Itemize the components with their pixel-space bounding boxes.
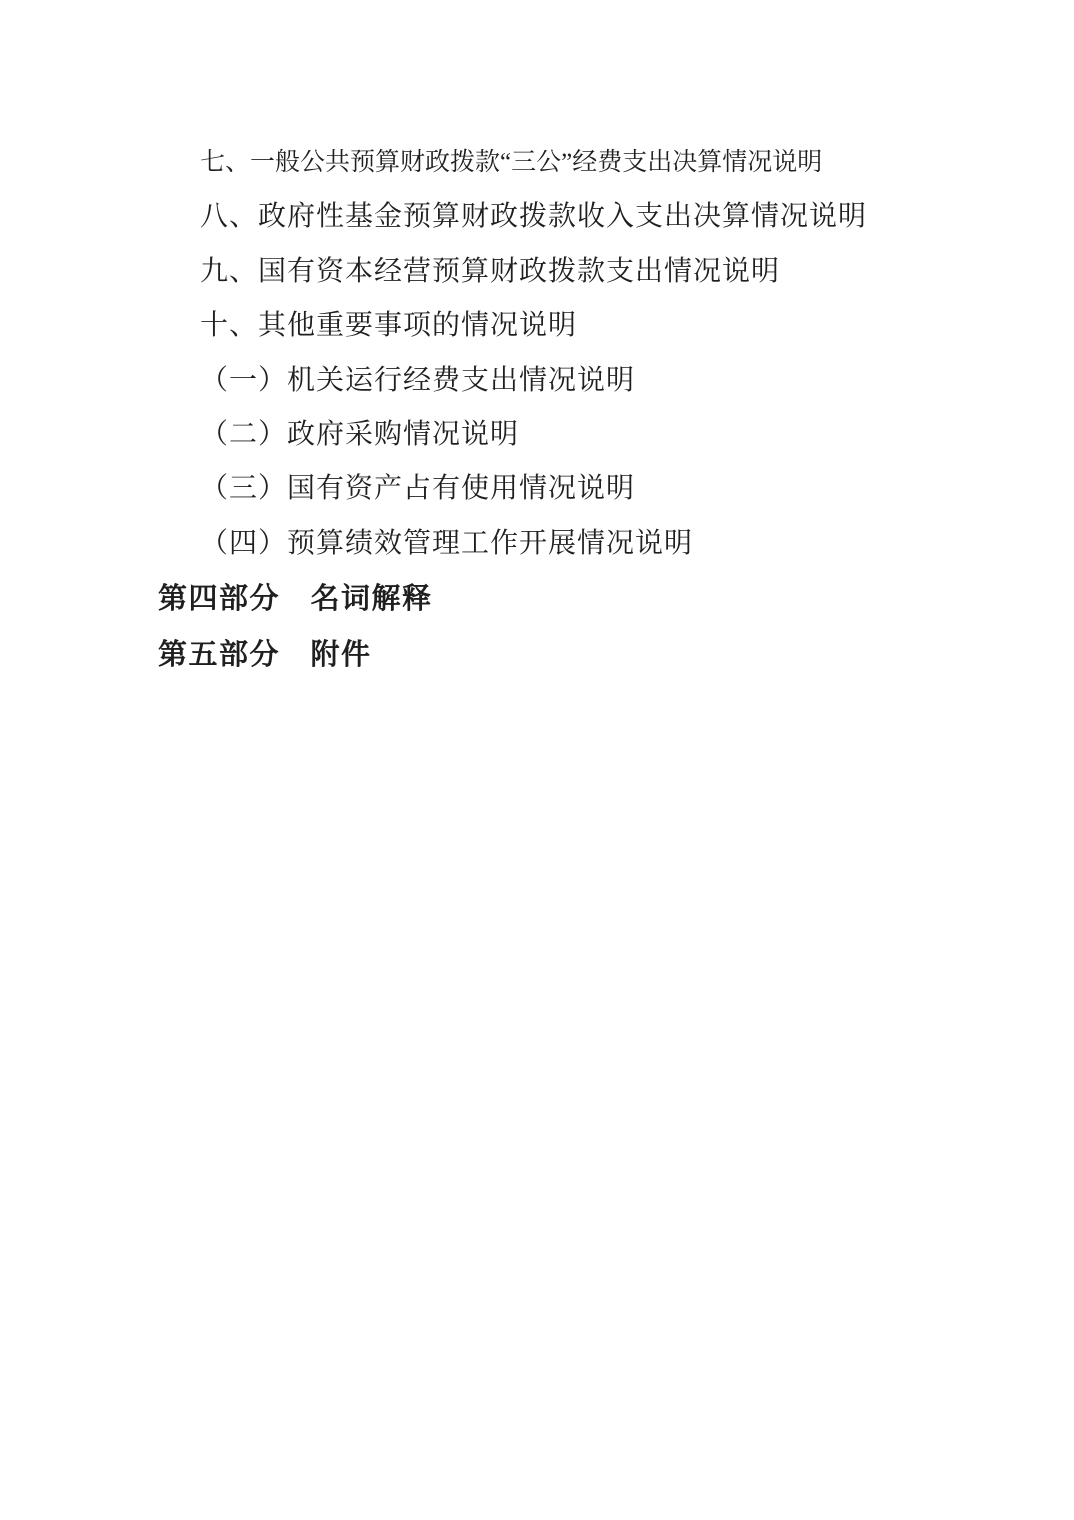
toc-subitem-3: （三）国有资产占有使用情况说明	[158, 462, 1014, 516]
toc-subitem-2: （二）政府采购情况说明	[158, 408, 1014, 462]
section-heading-part5: 第五部分 附件	[158, 627, 1014, 683]
toc-subitem-1: （一）机关运行经费支出情况说明	[158, 354, 1014, 408]
toc-item-7: 七、一般公共预算财政拨款“三公”经费支出决算情况说明	[158, 136, 1014, 190]
section-heading-part4: 第四部分 名词解释	[158, 571, 1014, 627]
toc-item-8: 八、政府性基金预算财政拨款收入支出决算情况说明	[158, 190, 1014, 244]
toc-subitem-4: （四）预算绩效管理工作开展情况说明	[158, 517, 1014, 571]
document-page: 七、一般公共预算财政拨款“三公”经费支出决算情况说明 八、政府性基金预算财政拨款…	[0, 0, 1074, 1520]
toc-item-10: 十、其他重要事项的情况说明	[158, 299, 1014, 353]
toc-item-9: 九、国有资本经营预算财政拨款支出情况说明	[158, 245, 1014, 299]
table-of-contents: 七、一般公共预算财政拨款“三公”经费支出决算情况说明 八、政府性基金预算财政拨款…	[158, 136, 1014, 683]
